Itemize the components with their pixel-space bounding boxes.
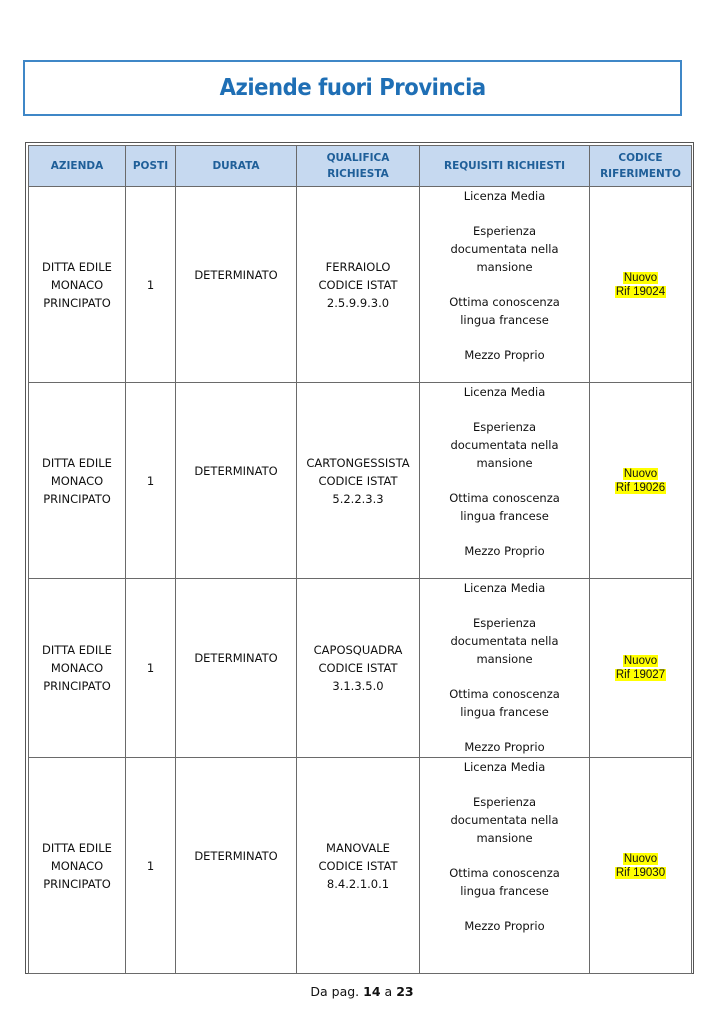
page-to: 23 (396, 984, 413, 999)
cell-codice: Nuovo Rif 19024 (590, 187, 692, 383)
table-row: DITTA EDILEMONACOPRINCIPATO 1 DETERMINAT… (29, 579, 692, 758)
cell-requisiti: Licenza Media Esperienza documentata nel… (420, 383, 590, 579)
table-row: DITTA EDILEMONACOPRINCIPATO 1 DETERMINAT… (29, 187, 692, 383)
reference-code: Rif 19027 (615, 669, 666, 681)
cell-durata: DETERMINATO (176, 383, 297, 579)
header-codice: CODICE RIFERIMENTO (590, 146, 692, 187)
job-table-container: AZIENDA POSTI DURATA QUALIFICA RICHIESTA… (25, 142, 694, 974)
cell-posti: 1 (126, 383, 176, 579)
cell-codice: Nuovo Rif 19027 (590, 579, 692, 758)
table-row: DITTA EDILEMONACOPRINCIPATO 1 DETERMINAT… (29, 758, 692, 974)
page-title-box: Aziende fuori Provincia (23, 60, 682, 116)
reference-code: Rif 19030 (615, 867, 666, 879)
cell-azienda: DITTA EDILEMONACOPRINCIPATO (29, 758, 126, 974)
cell-azienda: DITTA EDILEMONACOPRINCIPATO (29, 187, 126, 383)
job-table: AZIENDA POSTI DURATA QUALIFICA RICHIESTA… (28, 145, 692, 974)
cell-requisiti: Licenza Media Esperienza documentata nel… (420, 579, 590, 758)
status-badge-nuovo: Nuovo (623, 853, 658, 865)
cell-azienda: DITTA EDILEMONACOPRINCIPATO (29, 579, 126, 758)
cell-requisiti: Licenza Media Esperienza documentata nel… (420, 758, 590, 974)
header-requisiti: REQUISITI RICHIESTI (420, 146, 590, 187)
reference-code: Rif 19024 (615, 286, 666, 298)
header-durata: DURATA (176, 146, 297, 187)
header-qualifica: QUALIFICA RICHIESTA (297, 146, 420, 187)
cell-codice: Nuovo Rif 19026 (590, 383, 692, 579)
status-badge-nuovo: Nuovo (623, 468, 658, 480)
reference-code: Rif 19026 (615, 482, 666, 494)
header-azienda: AZIENDA (29, 146, 126, 187)
cell-durata: DETERMINATO (176, 579, 297, 758)
table-row: DITTA EDILEMONACOPRINCIPATO 1 DETERMINAT… (29, 383, 692, 579)
cell-posti: 1 (126, 187, 176, 383)
cell-durata: DETERMINATO (176, 187, 297, 383)
cell-codice: Nuovo Rif 19030 (590, 758, 692, 974)
cell-posti: 1 (126, 579, 176, 758)
table-header-row: AZIENDA POSTI DURATA QUALIFICA RICHIESTA… (29, 146, 692, 187)
page-footer: Da pag. 14 a 23 (0, 984, 724, 999)
page-from: 14 (363, 984, 380, 999)
page-title: Aziende fuori Provincia (219, 75, 485, 101)
cell-qualifica: FERRAIOLOCODICE ISTAT2.5.9.9.3.0 (297, 187, 420, 383)
cell-posti: 1 (126, 758, 176, 974)
cell-qualifica: CAPOSQUADRACODICE ISTAT3.1.3.5.0 (297, 579, 420, 758)
header-posti: POSTI (126, 146, 176, 187)
cell-qualifica: MANOVALECODICE ISTAT8.4.2.1.0.1 (297, 758, 420, 974)
status-badge-nuovo: Nuovo (623, 272, 658, 284)
cell-requisiti: Licenza Media Esperienza documentata nel… (420, 187, 590, 383)
cell-azienda: DITTA EDILEMONACOPRINCIPATO (29, 383, 126, 579)
status-badge-nuovo: Nuovo (623, 655, 658, 667)
cell-durata: DETERMINATO (176, 758, 297, 974)
cell-qualifica: CARTONGESSISTACODICE ISTAT5.2.2.3.3 (297, 383, 420, 579)
